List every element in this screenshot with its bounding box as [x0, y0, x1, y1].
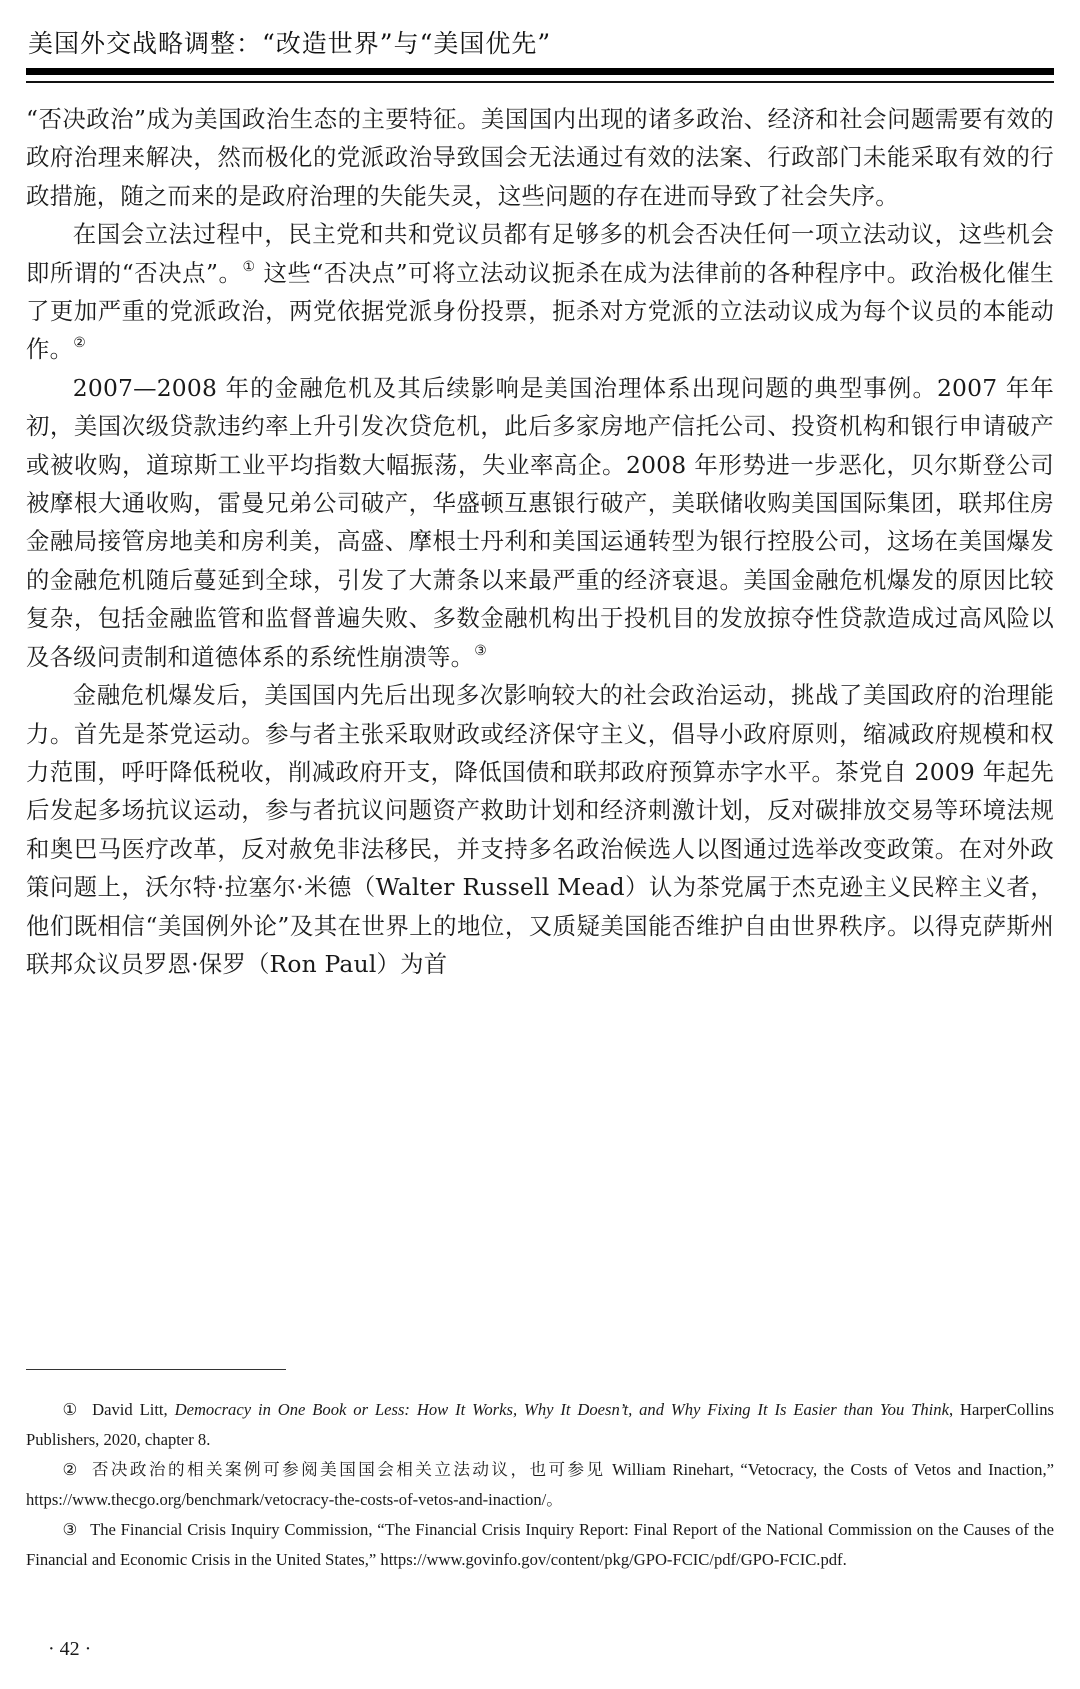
paragraph-2: 在国会立法过程中，民主党和共和党议员都有足够多的机会否决任何一项立法动议，这些机… [26, 215, 1054, 369]
footnote-ref-3[interactable]: ③ [474, 643, 487, 659]
paragraph-text: 金融危机爆发后，美国国内先后出现多次影响较大的社会政治运动，挑战了美国政府的治理… [26, 681, 1054, 978]
footnote-number: ① [63, 1400, 81, 1419]
footnote-text: 否决政治的相关案例可参阅美国国会相关立法动议，也可参见 William Rine… [26, 1460, 1054, 1509]
footnote-number: ② [63, 1460, 80, 1479]
footnote-author: David Litt, [92, 1400, 174, 1419]
running-head-title: 美国外交战略调整：“改造世界”与“美国优先” [28, 24, 551, 60]
footnote-text: The Financial Crisis Inquiry Commission,… [26, 1520, 1054, 1569]
footnote-ref-2[interactable]: ② [73, 335, 86, 351]
paragraph-4: 金融危机爆发后，美国国内先后出现多次影响较大的社会政治运动，挑战了美国政府的治理… [26, 676, 1054, 983]
paragraph-text: “否决政治”成为美国政治生态的主要特征。美国国内出现的诸多政治、经济和社会问题需… [26, 105, 1054, 210]
footnote-3: ③The Financial Crisis Inquiry Commission… [26, 1515, 1054, 1575]
footnote-ref-1[interactable]: ① [242, 259, 255, 275]
header-rule-thick [26, 68, 1054, 75]
page-number: · 42 · [48, 1638, 91, 1661]
footnote-book-title: Democracy in One Book or Less: How It Wo… [175, 1400, 949, 1419]
footnote-1: ①David Litt, Democracy in One Book or Le… [26, 1395, 1054, 1455]
footnote-number: ③ [63, 1520, 79, 1539]
paragraph-text: 2007—2008 年的金融危机及其后续影响是美国治理体系出现问题的典型事例。2… [26, 374, 1054, 671]
paragraph-1: “否决政治”成为美国政治生态的主要特征。美国国内出现的诸多政治、经济和社会问题需… [26, 100, 1054, 215]
header-rule-thin [26, 81, 1054, 83]
footnote-2: ②否决政治的相关案例可参阅美国国会相关立法动议，也可参见 William Rin… [26, 1455, 1054, 1515]
paragraph-3: 2007—2008 年的金融危机及其后续影响是美国治理体系出现问题的典型事例。2… [26, 369, 1054, 676]
footnotes: ①David Litt, Democracy in One Book or Le… [26, 1395, 1054, 1575]
body-text: “否决政治”成为美国政治生态的主要特征。美国国内出现的诸多政治、经济和社会问题需… [26, 100, 1054, 983]
footnote-separator [26, 1369, 286, 1370]
